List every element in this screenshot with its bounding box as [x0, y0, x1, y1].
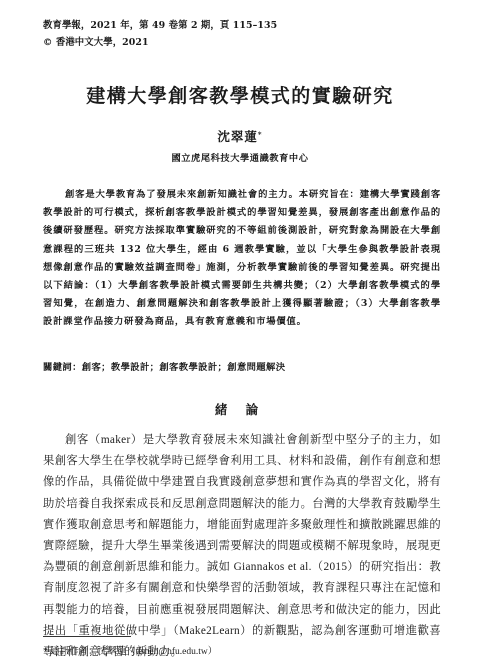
abstract: 創客是大學教育為了發展未來創新知識社會的主力。本研究旨在：建構大學實踐創客教學設… [43, 186, 441, 332]
section-body: 創客（maker）是大學教育發展未來知識社會創新型中堅分子的主力，如果創客大學生… [43, 430, 441, 663]
keywords: 關鍵詞：創客；教學設計；創客教學設計；創意問題解決 [43, 362, 285, 374]
copyright-line: © 香港中文大學，2021 [43, 37, 149, 49]
author-footnote-marker: * [258, 130, 263, 139]
author-affiliation: 國立虎尾科技大學通識教育中心 [0, 153, 480, 165]
body-paragraph: 創客（maker）是大學教育發展未來知識社會創新型中堅分子的主力，如果創客大學生… [43, 430, 441, 663]
author-line: 沈翠蓮* [0, 129, 480, 145]
footnote: * 通訊作者：沈翠蓮（tlshen@nfu.edu.tw） [43, 646, 217, 658]
journal-citation: 教育學報，2021 年，第 49 卷第 2 期，頁 115–135 [43, 20, 277, 32]
paper-title: 建構大學創客教學模式的實驗研究 [0, 84, 480, 108]
section-heading: 緒 論 [0, 402, 480, 418]
footnote-divider [43, 636, 131, 637]
abstract-text: 創客是大學教育為了發展未來創新知識社會的主力。本研究旨在：建構大學實踐創客教學設… [43, 186, 441, 332]
document-page: 教育學報，2021 年，第 49 卷第 2 期，頁 115–135 © 香港中文… [0, 0, 480, 665]
author-name: 沈翠蓮 [217, 129, 258, 144]
